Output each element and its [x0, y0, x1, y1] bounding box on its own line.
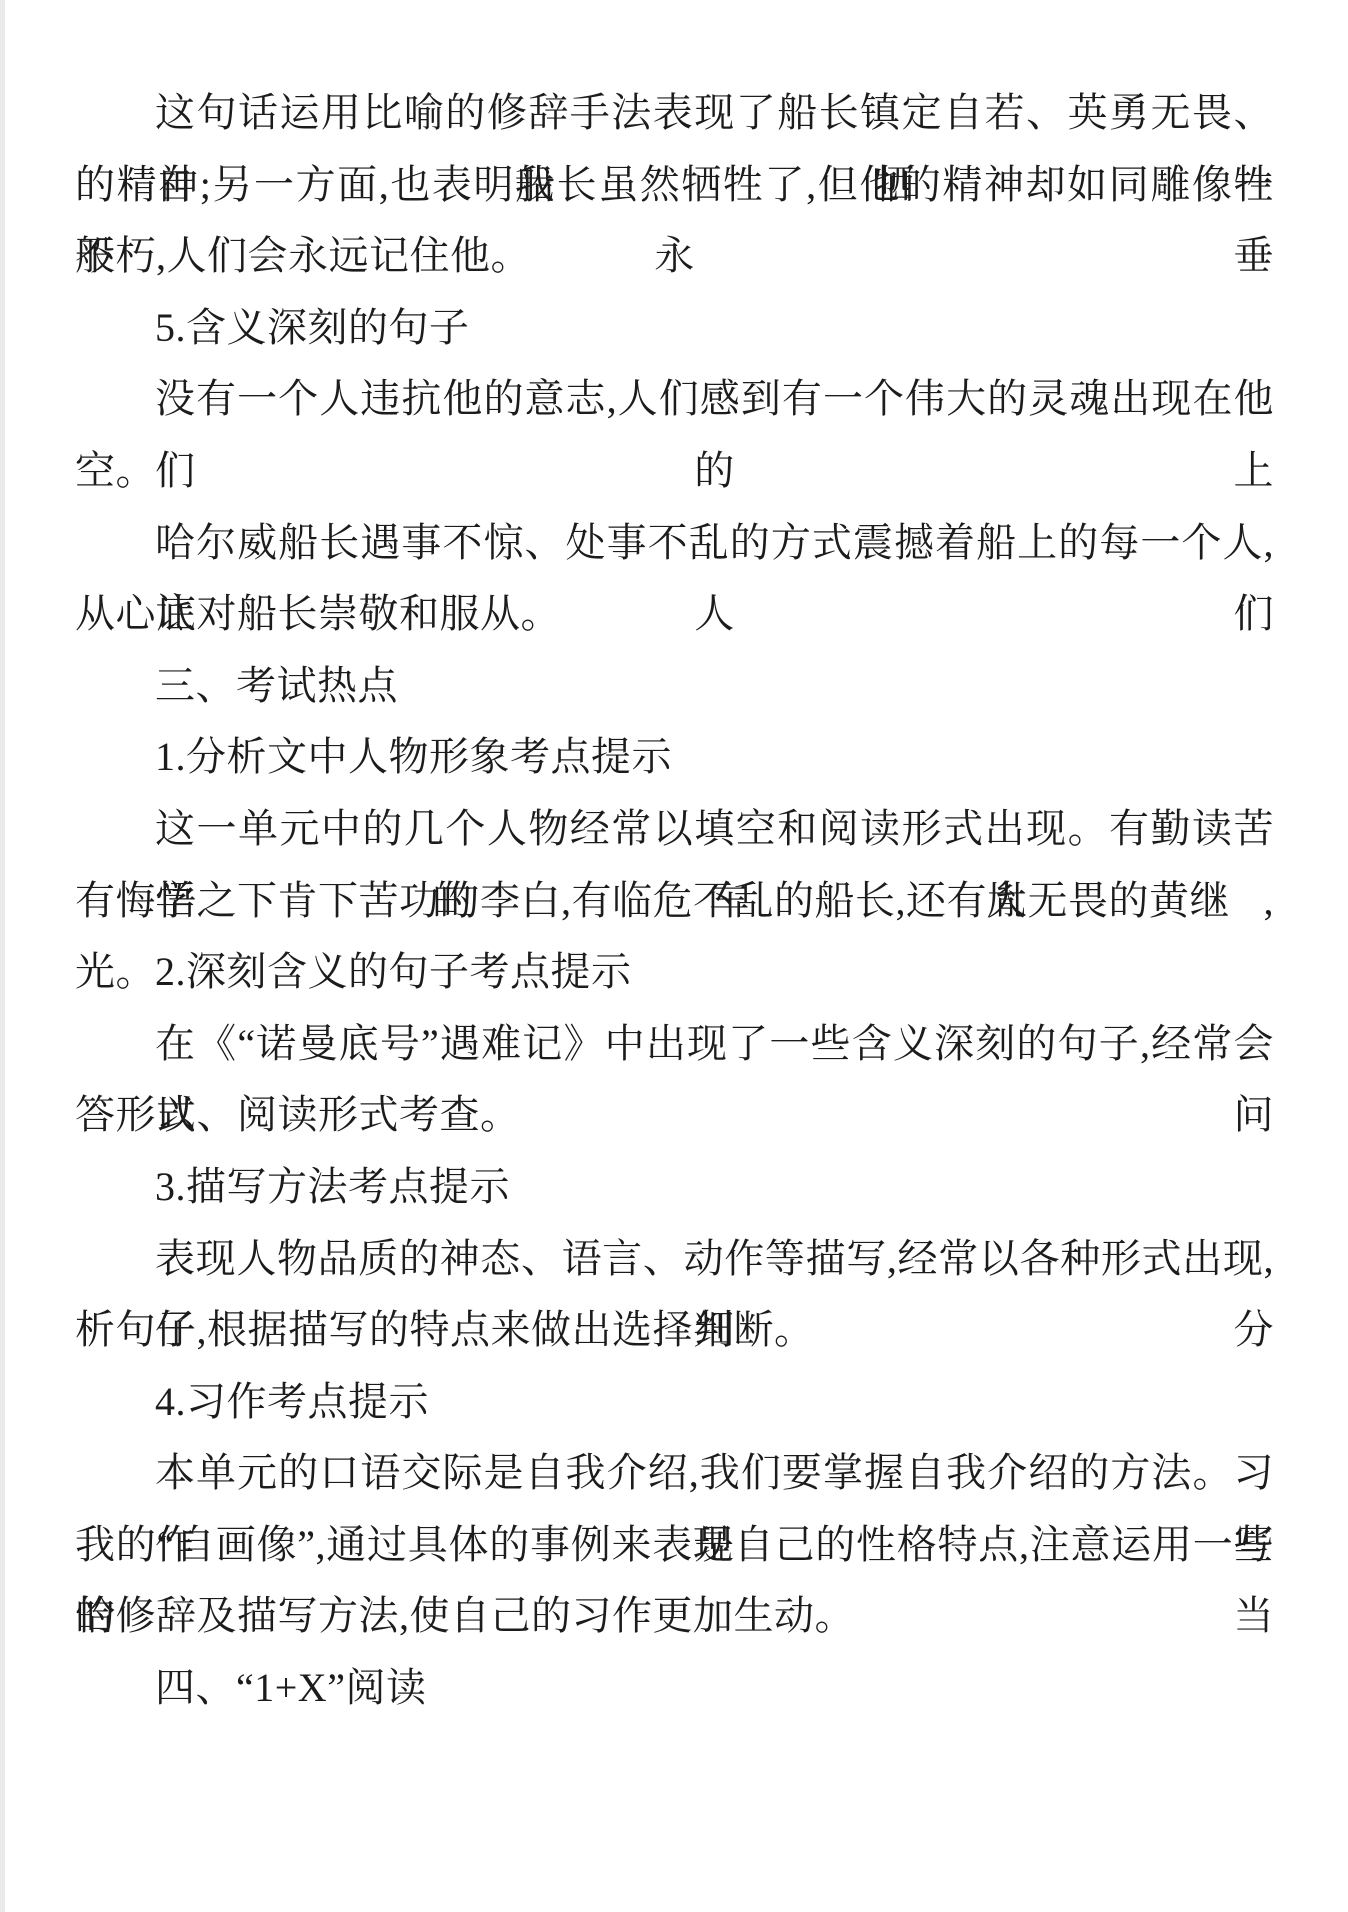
text-line: 1.分析文中人物形象考点提示 — [75, 721, 1274, 793]
text-line: 4.习作考点提示 — [75, 1366, 1274, 1438]
text-line: 这一单元中的几个人物经常以填空和阅读形式出现。有勤读苦学的车胤, — [75, 793, 1274, 865]
text-line: 本单元的口语交际是自我介绍,我们要掌握自我介绍的方法。习作是写 — [75, 1437, 1274, 1509]
text-line: 三、考试热点 — [75, 650, 1274, 722]
text-line: 我的“自画像”,通过具体的事例来表现自己的性格特点,注意运用一些恰当 — [75, 1509, 1274, 1581]
text-line: 没有一个人违抗他的意志,人们感到有一个伟大的灵魂出现在他们的上 — [75, 363, 1274, 435]
scan-edge-artifact — [0, 0, 5, 1912]
text-line: 在《“诺曼底号”遇难记》中出现了一些含义深刻的句子,经常会以问 — [75, 1008, 1274, 1080]
text-line: 的精神;另一方面,也表明船长虽然牺牲了,但他的精神却如同雕像一般永垂 — [75, 149, 1274, 221]
document-page: 这句话运用比喻的修辞手法表现了船长镇定自若、英勇无畏、自我牺牲的精神;另一方面,… — [75, 77, 1274, 1724]
text-line: 有悔悟之下肯下苦功的李白,有临危不乱的船长,还有大无畏的黄继光。 — [75, 865, 1274, 937]
text-line: 2.深刻含义的句子考点提示 — [75, 936, 1274, 1008]
text-line: 哈尔威船长遇事不惊、处事不乱的方式震撼着船上的每一个人,让人们 — [75, 507, 1274, 579]
text-line: 这句话运用比喻的修辞手法表现了船长镇定自若、英勇无畏、自我牺牲 — [75, 77, 1274, 149]
text-line: 5.含义深刻的句子 — [75, 292, 1274, 364]
text-line: 四、“1+X”阅读 — [75, 1652, 1274, 1724]
text-line: 表现人物品质的神态、语言、动作等描写,经常以各种形式出现,仔细分 — [75, 1223, 1274, 1295]
text-line: 3.描写方法考点提示 — [75, 1151, 1274, 1223]
